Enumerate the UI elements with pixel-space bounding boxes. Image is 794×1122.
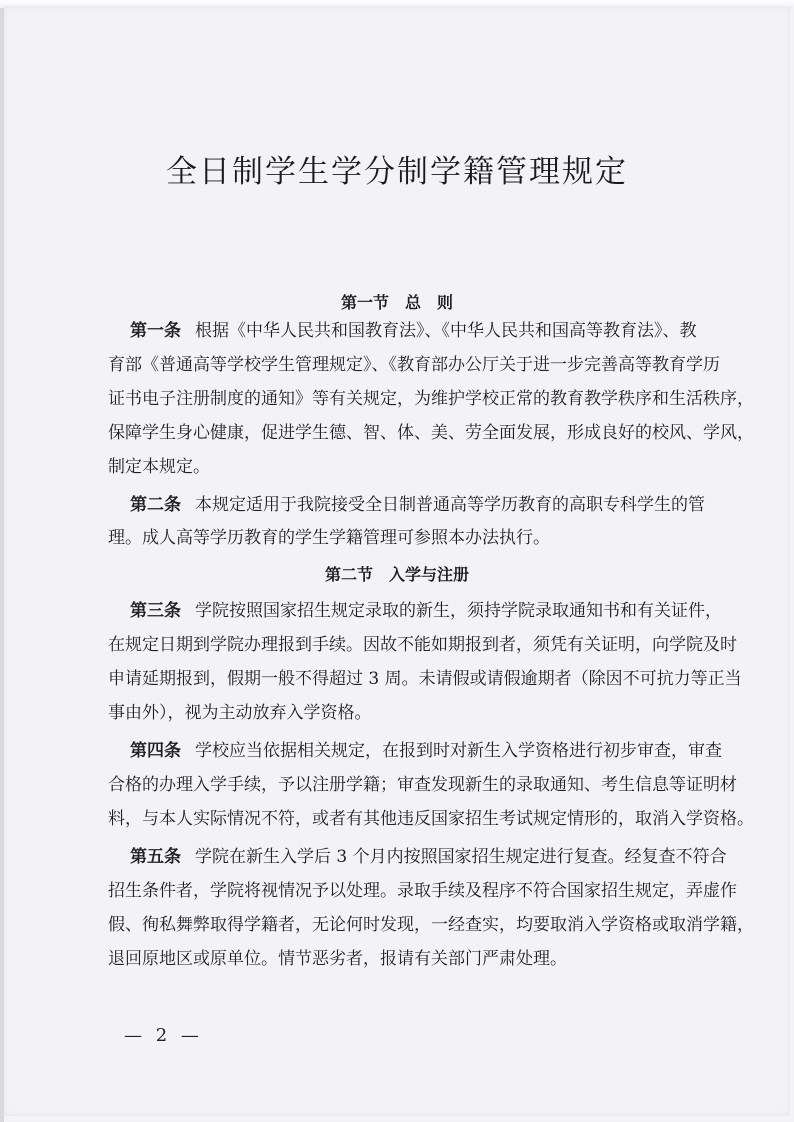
article-label: 第四条 — [130, 741, 181, 761]
article-1-line-1: 第一条根据《中华人民共和国教育法》、《中华人民共和国高等教育法》、教 — [130, 320, 694, 342]
article-label: 第五条 — [130, 847, 181, 867]
article-2-line-1: 第二条本规定适用于我院接受全日制普通高等学历教育的高职专科学生的管 — [130, 494, 694, 516]
document-title: 全日制学生学分制学籍管理规定 — [0, 146, 794, 191]
article-label: 第一条 — [130, 321, 181, 341]
article-3-line-4: 事由外），视为主动放弃入学资格。 — [108, 702, 694, 724]
section-heading-general: 第一节 总 则 — [0, 290, 794, 313]
article-text: 学校应当依据相关规定，在报到时对新生入学资格进行初步审查，审查 — [195, 741, 722, 761]
article-text: 根据《中华人民共和国教育法》、《中华人民共和国高等教育法》、教 — [195, 321, 697, 341]
article-label: 第二条 — [130, 495, 181, 515]
article-1-line-5: 制定本规定。 — [108, 456, 694, 478]
article-text: 本规定适用于我院接受全日制普通高等学历教育的高职专科学生的管 — [195, 495, 705, 515]
article-label: 第三条 — [130, 601, 181, 621]
article-text: 学院按照国家招生规定录取的新生，须持学院录取通知书和有关证件， — [195, 601, 722, 621]
article-4-line-3: 料，与本人实际情况不符，或者有其他违反国家招生考试规定情形的，取消入学资格。 — [108, 808, 694, 830]
article-5-line-1: 第五条学院在新生入学后 3 个月内按照国家招生规定进行复查。经复查不符合 — [130, 846, 694, 868]
article-4-line-1: 第四条学校应当依据相关规定，在报到时对新生入学资格进行初步审查，审查 — [130, 740, 694, 762]
article-4-line-2: 合格的办理入学手续，予以注册学籍；审查发现新生的录取通知、考生信息等证明材 — [108, 774, 694, 796]
page-number: — 2 — — [124, 1025, 203, 1046]
article-1-line-3: 证书电子注册制度的通知》等有关规定，为维护学校正常的教育教学秩序和生活秩序， — [108, 388, 694, 410]
article-text: 学院在新生入学后 3 个月内按照国家招生规定进行复查。经复查不符合 — [195, 847, 727, 867]
article-1-line-4: 保障学生身心健康，促进学生德、智、体、美、劳全面发展，形成良好的校风、学风， — [108, 422, 694, 444]
article-1-line-2: 育部《普通高等学校学生管理规定》、《教育部办公厅关于进一步完善高等教育学历 — [108, 354, 694, 376]
article-3-line-1: 第三条学院按照国家招生规定录取的新生，须持学院录取通知书和有关证件， — [130, 600, 694, 622]
section-heading-enrollment: 第二节 入学与注册 — [0, 562, 794, 585]
article-3-line-3: 申请延期报到，假期一般不得超过 3 周。未请假或请假逾期者（除因不可抗力等正当 — [108, 668, 694, 690]
article-5-line-2: 招生条件者，学院将视情况予以处理。录取手续及程序不符合国家招生规定，弄虚作 — [108, 880, 694, 902]
article-5-line-3: 假、徇私舞弊取得学籍者，无论何时发现，一经查实，均要取消入学资格或取消学籍， — [108, 914, 694, 936]
article-5-line-4: 退回原地区或原单位。情节恶劣者，报请有关部门严肃处理。 — [108, 948, 694, 970]
article-2-line-2: 理。成人高等学历教育的学生学籍管理可参照本办法执行。 — [108, 527, 694, 549]
article-3-line-2: 在规定日期到学院办理报到手续。因故不能如期报到者，须凭有关证明，向学院及时 — [108, 634, 694, 656]
